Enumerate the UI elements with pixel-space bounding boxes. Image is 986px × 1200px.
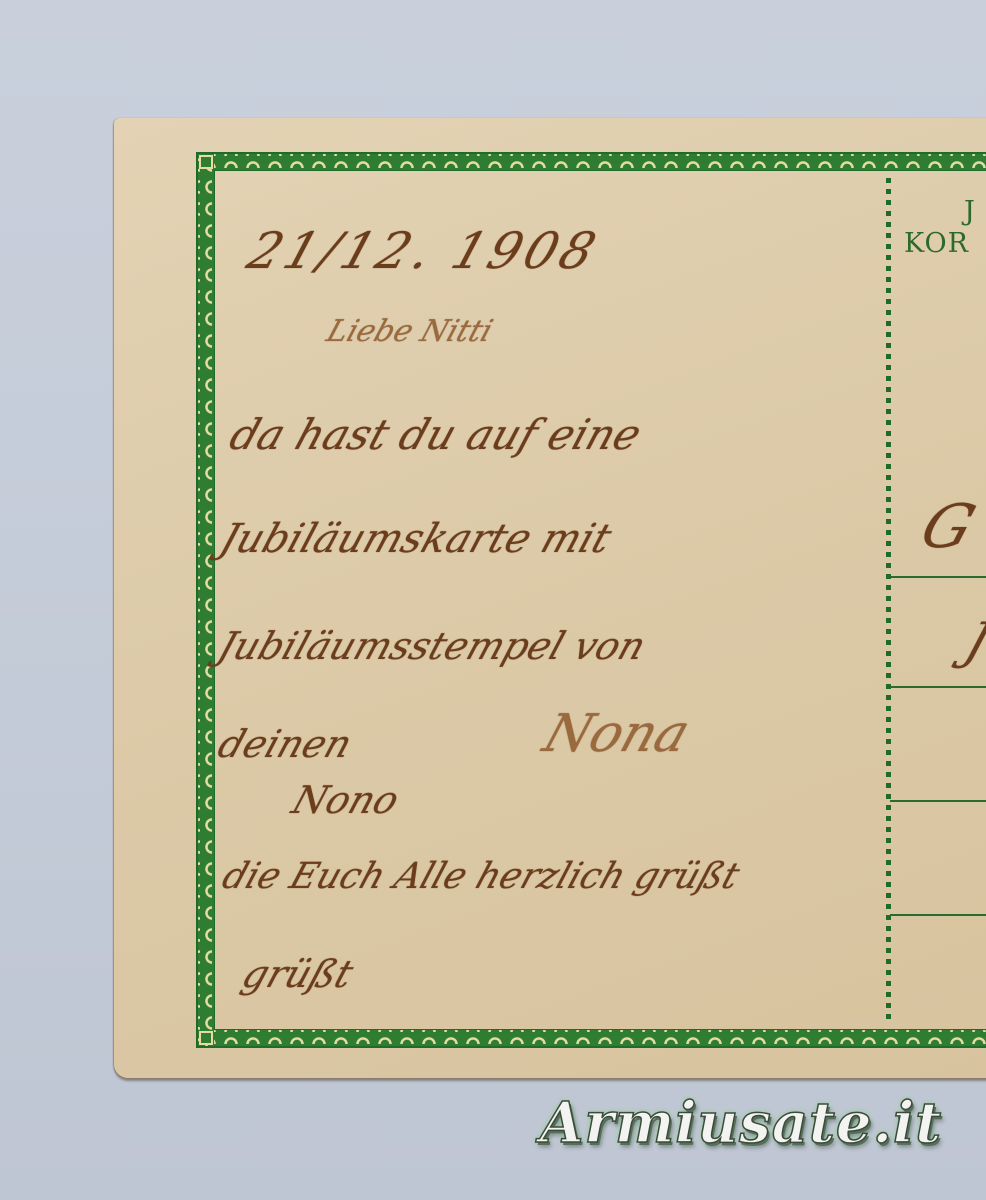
message-line: Nono <box>287 778 405 822</box>
border-bottom <box>198 1030 986 1046</box>
message-signature: Nona <box>536 704 697 764</box>
watermark-logo: Armiusate.it <box>540 1090 942 1156</box>
message-line: grüßt <box>237 952 359 996</box>
message-line: da hast du auf eine <box>224 410 648 459</box>
printed-header-line1: J <box>964 196 976 227</box>
corner-ornament <box>199 1031 213 1045</box>
ornamental-border: J KOR G J <box>196 152 986 1048</box>
border-left <box>198 154 214 1046</box>
border-top <box>198 154 986 170</box>
message-salutation: Liebe Nitti <box>322 314 497 349</box>
address-line <box>890 914 986 916</box>
writing-area <box>214 170 986 1030</box>
dotted-divider <box>886 178 891 1022</box>
address-line <box>890 800 986 802</box>
address-line <box>890 686 986 688</box>
message-line: die Euch Alle herzlich grüßt <box>217 856 744 897</box>
printed-header-line2: KOR <box>904 228 969 259</box>
message-line: Jubiläumsstempel von <box>213 624 651 668</box>
message-line: deinen <box>213 722 358 766</box>
address-line <box>890 576 986 578</box>
postcard: J KOR G J 21/12. 1908 Liebe Nitti da has… <box>114 118 986 1078</box>
corner-ornament <box>199 155 213 169</box>
message-line: Jubiläumskarte mit <box>215 516 617 562</box>
message-date: 21/12. 1908 <box>241 222 607 280</box>
